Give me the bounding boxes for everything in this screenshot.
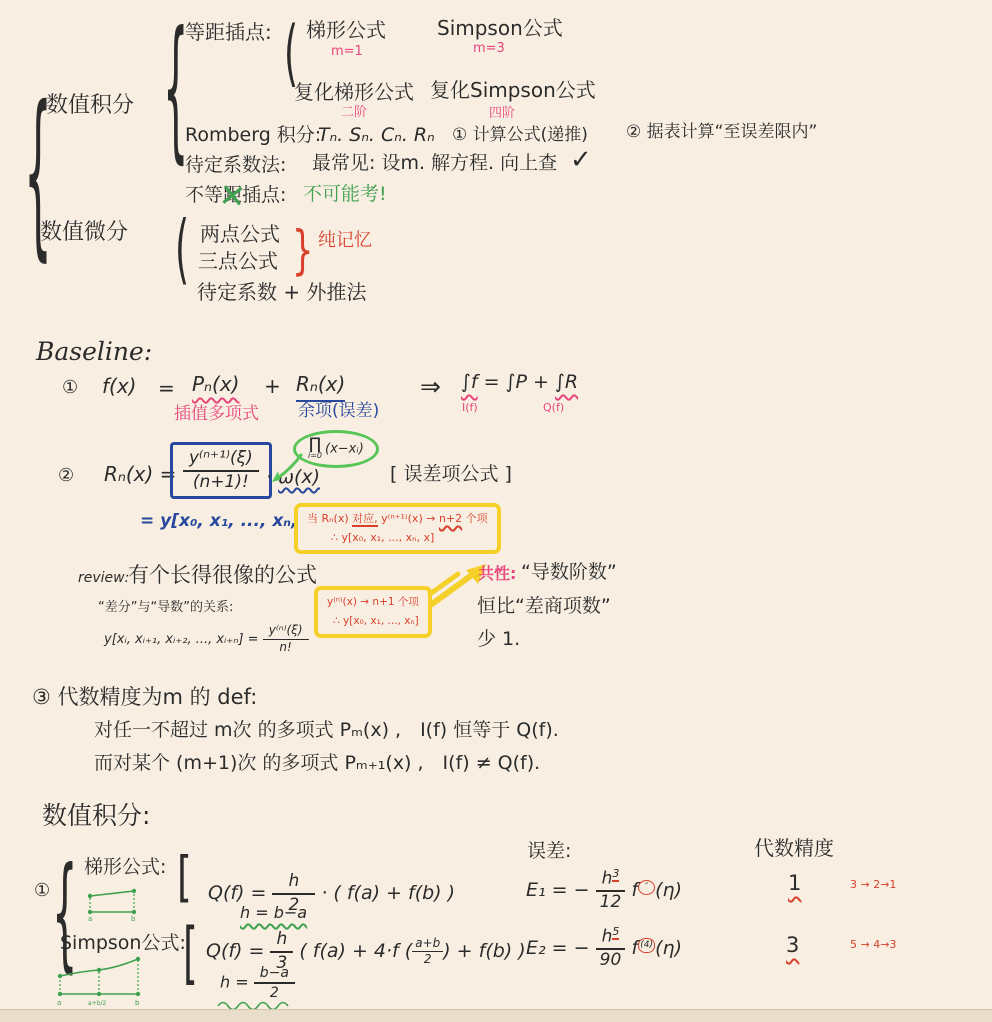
note-box-derivative: y⁽ⁿ⁾(x) → n+1 个项 ∴ y[x₀, x₁, ..., xₙ]	[314, 586, 432, 638]
e1-argument: (η)	[655, 879, 682, 901]
integration-item-number: ①	[34, 880, 50, 903]
relation-fraction: y⁽ⁿ⁾(ξ) n!	[263, 624, 309, 655]
simpson-inner-den: 2	[412, 952, 443, 967]
tree-node-undetermined-coefficients: 待定系数法:	[185, 154, 286, 178]
tree-node-three-point-formula: 三点公式	[198, 249, 278, 274]
simpson-diagram: a a+b/2 b	[54, 950, 146, 1010]
plus-sign: +	[264, 374, 281, 399]
trapezoid-rule-label: 梯形公式:	[84, 856, 166, 880]
box1-mid: y⁽ⁿ⁺¹⁾(x) →	[381, 512, 435, 525]
note-box-remainder-line2: ∴ y[x₀, x₁, ..., xₙ, x]	[307, 529, 488, 548]
green-cross-out-icon: ✕	[217, 175, 248, 218]
review-text: 有个长得很像的公式	[128, 562, 317, 588]
trapezoid-diagram: a b	[84, 884, 142, 922]
precision-column-header: 代数精度	[754, 836, 834, 861]
fx-term: f(x)	[102, 374, 136, 399]
commonality-line1: “导数阶数”	[521, 561, 617, 585]
product-body: (x−xᵢ)	[325, 442, 364, 457]
remainder-label: 余项(误差)	[298, 401, 379, 422]
simpson-step-size: h = b−a 2	[220, 965, 295, 1001]
exact-integral-label: I(f)	[462, 401, 478, 415]
equals-sign: =	[158, 376, 175, 401]
note-box-remainder-line1: 当 Rₙ(x) 对应, y⁽ⁿ⁺¹⁾(x) → n+2 个项	[307, 510, 488, 529]
simpson-q-mid2: ) + f(b) )	[443, 940, 525, 962]
algebraic-precision-def-line2: 而对某个 (m+1)次 的多项式 Pₘ₊₁(x) , I(f) ≠ Q(f).	[94, 752, 540, 776]
simpson-h-step-num: b−a	[254, 965, 295, 984]
tree-node-composite-simpson: 复化Simpson公式	[430, 78, 596, 103]
romberg-sequence: Tₙ. Sₙ. Cₙ. Rₙ	[318, 124, 435, 148]
commonality-label: 共性:	[478, 564, 516, 584]
product-symbol: ∏	[309, 436, 321, 452]
romberg-note-2: ② 据表计算“至误差限内”	[626, 122, 817, 143]
difference-derivative-relation-label: “差分”与“导数”的关系:	[98, 600, 233, 616]
differentiation-children-brace: (	[175, 212, 189, 288]
simpson-m-note: m=3	[473, 41, 505, 57]
e2-denominator: 90	[596, 950, 626, 971]
simpson-bracket: [	[183, 920, 198, 988]
note-box-derivative-line2: ∴ y[x₀, x₁, ..., xₙ]	[327, 612, 419, 631]
remainder-fraction-denominator: (n+1)!	[183, 472, 259, 493]
green-arrow-icon	[268, 452, 304, 484]
e2-exponent: 5	[612, 925, 619, 940]
integral-identity: ∫f = ∫P + ∫R	[461, 371, 578, 395]
tree-node-numerical-differentiation: 数值微分	[40, 219, 128, 247]
commonality-line3: 少 1.	[477, 628, 520, 652]
simpson-error-formula: E₂ = − h5 90 f(4)(η)	[526, 926, 682, 971]
romberg-note-1: ① 计算公式(递推)	[452, 125, 588, 146]
product-lower-bound: i=0	[308, 452, 322, 460]
trapezoid-m-note: m=1	[331, 44, 363, 60]
simpson-inner-fraction: a+b2	[412, 937, 443, 967]
box1-post: 个项	[466, 512, 488, 525]
tree-node-trapezoid-formula: 梯形公式	[306, 18, 386, 43]
baseline-item2-number: ②	[58, 465, 74, 488]
e1-exponent: 3	[612, 867, 619, 882]
integral-f: ∫f	[461, 371, 478, 393]
trapezoid-q-lhs: Q(f) =	[208, 882, 266, 904]
e1-denominator: 12	[596, 892, 626, 913]
e2-argument: (η)	[655, 937, 682, 959]
product-symbol-stack: ∏ i=0	[308, 436, 322, 460]
box1-underlined-2: n+2	[439, 512, 462, 525]
integral-r: ∫R	[555, 371, 578, 393]
trapezoid-bracket: [	[177, 851, 192, 905]
simpson-label-b: b	[135, 999, 140, 1007]
baseline-item1-number: ①	[62, 377, 78, 400]
e2-f: f	[631, 937, 638, 959]
note-box-derivative-line1: y⁽ⁿ⁾(x) → n+1 个项	[327, 593, 419, 612]
tree-node-two-point-formula: 两点公式	[200, 222, 280, 247]
simpson-q-mid1: ( f(a) + 4·f (	[299, 940, 412, 962]
simpson-h-step-fraction: b−a 2	[254, 965, 295, 1001]
remainder-fraction-numerator: y⁽ⁿ⁺¹⁾(ξ)	[183, 449, 259, 472]
simpson-label-mid: a+b/2	[88, 1000, 107, 1007]
relation-lhs: y[xᵢ, xᵢ₊₁, xᵢ₊₂, ..., xᵢ₊ₙ] =	[104, 632, 259, 647]
commonality-line2: 恒比“差商项数”	[477, 595, 611, 619]
box1-pre: 当 Rₙ(x)	[307, 512, 349, 525]
simpson-q-lhs: Q(f) =	[206, 940, 264, 962]
error-term-formula-label: [ 误差项公式 ]	[390, 463, 512, 487]
e2-numerator: h5	[596, 926, 626, 950]
interpolation-polynomial-label: 插值多项式	[174, 404, 259, 425]
remainder-term: Rₙ(x)	[296, 372, 345, 402]
remainder-lhs: Rₙ(x) =	[104, 462, 176, 487]
composite-trapezoid-order-note: 二阶	[341, 105, 367, 121]
algebraic-precision-def-line1: 对任一不超过 m次 的多项式 Pₘ(x) , I(f) 恒等于 Q(f).	[94, 719, 559, 743]
simpson-h-lhs: h =	[220, 973, 249, 992]
tree-node-composite-trapezoid: 复化梯形公式	[294, 80, 414, 105]
nonequidistant-note: 不可能考!	[303, 183, 387, 207]
relation-fraction-numerator: y⁽ⁿ⁾(ξ)	[263, 624, 309, 640]
integration-section-heading: 数值积分:	[42, 800, 150, 831]
e1-f: f	[631, 879, 638, 901]
simpson-precision-note: 5 → 4→3	[850, 938, 896, 952]
e1-lhs: E₁ = −	[526, 879, 590, 901]
e2-fraction: h5 90	[596, 926, 626, 971]
interpolation-polynomial-term: Pₙ(x)	[192, 372, 239, 397]
review-label: review:	[78, 570, 129, 588]
tree-node-simpson-formula: Simpson公式	[437, 16, 563, 41]
trapezoid-q-rhs: · ( f(a) + f(b) )	[321, 882, 455, 904]
simpson-h-num: h	[270, 930, 293, 953]
product-formula-ellipse: ∏ i=0 (x−xᵢ)	[293, 430, 379, 468]
memory-brace: }	[292, 224, 313, 277]
undetermined-coefficients-note: 最常见: 设m. 解方程. 向上查	[312, 152, 557, 176]
trapezoid-step-size: h = b−a	[240, 903, 307, 923]
note-box-remainder: 当 Rₙ(x) 对应, y⁽ⁿ⁺¹⁾(x) → n+2 个项 ∴ y[x₀, x…	[294, 503, 501, 554]
trapezoid-precision-value: 1	[788, 870, 801, 896]
tree-node-romberg: Romberg 积分:	[185, 124, 321, 148]
box1-underlined-1: 对应,	[352, 512, 378, 527]
page-bottom-edge	[0, 1009, 992, 1022]
tree-node-numerical-integration: 数值积分	[46, 92, 134, 120]
check-mark: ✓	[570, 144, 592, 177]
e1-derivative-order-circled: ″	[638, 880, 655, 895]
tree-node-undetermined-plus-extrapolation: 待定系数 + 外推法	[197, 280, 366, 305]
trapezoid-precision-note: 3 → 2→1	[850, 878, 896, 892]
e2-h: h	[602, 927, 613, 947]
pure-memory-note: 纯记忆	[318, 230, 372, 253]
e2-derivative-order-circled: (4)	[638, 938, 655, 953]
algebraic-precision-def-heading: ③ 代数精度为m 的 def:	[32, 684, 257, 710]
simpson-h-step-den: 2	[254, 984, 295, 1001]
e2-lhs: E₂ = −	[526, 937, 590, 959]
error-column-header: 误差:	[527, 840, 571, 864]
simpson-precision-value: 3	[786, 932, 799, 958]
simpson-inner-num: a+b	[412, 937, 443, 952]
e1-fraction: h3 12	[596, 868, 626, 913]
trapezoid-error-formula: E₁ = − h3 12 f″(η)	[526, 868, 682, 913]
tree-node-equidistant-points: 等距插点:	[185, 20, 272, 45]
handwritten-notes-page: { 数值积分 数值微分 { 等距插点: ( 梯形公式 m=1 Simpson公式…	[0, 0, 992, 1022]
integral-mid: = ∫P +	[484, 371, 549, 393]
difference-derivative-relation-formula: y[xᵢ, xᵢ₊₁, xᵢ₊₂, ..., xᵢ₊ₙ] = y⁽ⁿ⁾(ξ) n…	[104, 624, 309, 655]
remainder-fraction: y⁽ⁿ⁺¹⁾(ξ) (n+1)!	[183, 449, 259, 492]
composite-simpson-order-note: 四阶	[489, 106, 515, 122]
remainder-formula-box: y⁽ⁿ⁺¹⁾(ξ) (n+1)!	[170, 442, 272, 499]
trapezoid-label-a: a	[88, 915, 92, 923]
implies-arrow-icon: ⇒	[420, 371, 441, 402]
e1-numerator: h3	[596, 868, 626, 892]
baseline-heading: Baseline:	[36, 336, 152, 367]
trapezoid-label-b: b	[131, 915, 136, 923]
quadrature-label: Q(f)	[543, 401, 564, 415]
simpson-label-a: a	[57, 999, 61, 1007]
e1-h: h	[602, 869, 613, 889]
trapezoid-h-num: h	[272, 872, 315, 895]
relation-fraction-denominator: n!	[263, 640, 309, 655]
